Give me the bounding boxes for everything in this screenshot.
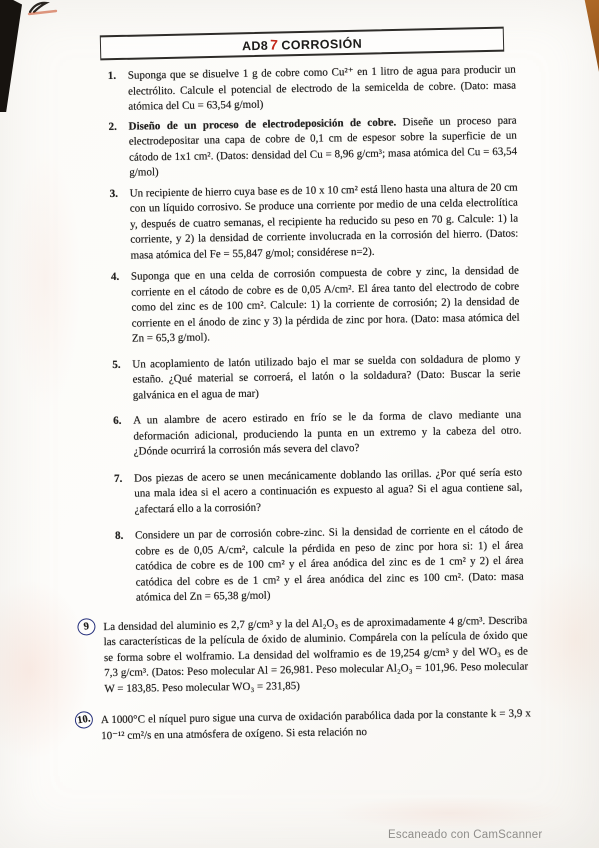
problem-text: A un alambre de acero estirado en frío s… [133,409,521,458]
problem-bold-lead: Diseño de un proceso de electrodeposició… [128,116,396,132]
problem-text: A 1000°C el níquel puro sigue una curva … [101,707,531,741]
page-title: AD87CORROSIÓN [242,34,362,53]
problem-number-circled: 9 [76,617,96,637]
problem-number-circled: 10. [74,710,94,730]
problem-text: Considere un par de corrosión cobre-zinc… [135,524,524,604]
problem-number: 5. [112,357,120,373]
problem-item-5: 5. Un acoplamiento de latón utilizado ba… [132,351,521,404]
problem-item-3: 3. Un recipiente de hierro cuya base es … [130,180,519,264]
problem-item-7: 7. Dos piezas de acero se unen mecánicam… [134,465,523,518]
scanned-page: AD87CORROSIÓN 1. Suponga que se disuelve… [0,0,599,848]
problem-text: Un acoplamiento de latón utilizado bajo … [132,352,520,401]
problem-number: 3. [110,186,118,202]
problem-text: Diseño de un proceso de electrodeposició… [128,114,517,179]
problem-item-2: 2. Diseño de un proceso de electrodeposi… [128,113,517,181]
problem-number: 7. [114,471,122,487]
problem-text: Dos piezas de acero se unen mecánicament… [134,466,522,515]
problem-text: Suponga que se disuelve 1 g de cobre com… [128,64,516,113]
handwritten-number: 7 [268,36,282,53]
pen-scribble [16,0,76,26]
problem-number: 2. [108,119,116,135]
problem-text: Un recipiente de hierro cuya base es de … [130,181,519,261]
problem-item-1: 1. Suponga que se disuelve 1 g de cobre … [128,63,517,116]
problem-item-10: 10. A 1000°C el níquel puro sigue una cu… [101,706,531,744]
problem-list: 1. Suponga que se disuelve 1 g de cobre … [0,61,599,745]
problem-item-4: 4. Suponga que en una celda de corrosión… [131,264,520,348]
header-title-word: CORROSIÓN [281,36,362,52]
problem-number: 6. [113,414,121,430]
header-code: AD8 [242,38,269,53]
problem-number: 8. [115,529,123,545]
problem-item-8: 8. Considere un par de corrosión cobre-z… [135,523,524,607]
problem-text: La densidad del aluminio es 2,7 g/cm³ y … [103,614,528,695]
problem-number: 4. [111,270,119,286]
scan-stain [330,796,570,830]
problem-text: Suponga que en una celda de corrosión co… [131,265,520,345]
problem-item-6: 6. A un alambre de acero estirado en frí… [133,408,522,461]
problem-item-9: 9 La densidad del aluminio es 2,7 g/cm³ … [103,613,528,697]
camscanner-watermark: Escaneado con CamScanner [388,829,542,841]
header-box: AD87CORROSIÓN [100,27,504,61]
problem-number: 1. [108,69,116,85]
